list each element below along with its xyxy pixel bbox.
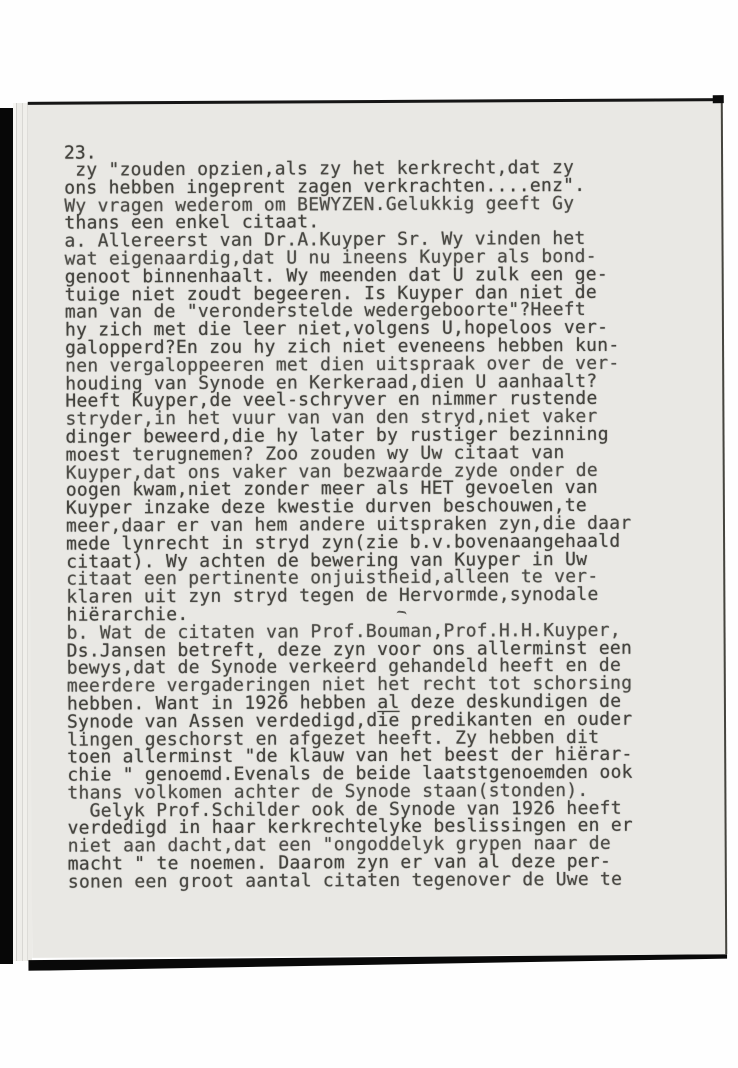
ink-speck xyxy=(396,610,407,618)
text-line: Kuyper,dat ons vaker van bezwaarde zyde … xyxy=(66,461,632,482)
text-line: b. Wat de citaten van Prof.Bouman,Prof.H… xyxy=(67,621,633,642)
text-line: lingen geschorst en afgezet heeft. Zy he… xyxy=(67,728,633,749)
book-spine-shadow xyxy=(0,108,13,964)
text-line: Gelyk Prof.Schilder ook de Synode van 19… xyxy=(67,799,633,820)
text-line: meer,daar er van hem andere uitspraken z… xyxy=(66,515,632,536)
text-line: sonen een groot aantal citaten tegenover… xyxy=(68,871,634,892)
text-line: man van de "veronderstelde wedergeboorte… xyxy=(65,301,631,322)
text-line: niet aan dacht,dat een "ongoddelyk grype… xyxy=(68,835,634,856)
document-page: 23. zy "zouden opzien,als zy het kerkrec… xyxy=(28,98,727,958)
scanned-book-page: 23. zy "zouden opzien,als zy het kerkrec… xyxy=(0,0,738,1068)
body-text: zy "zouden opzien,als zy het kerkrecht,d… xyxy=(64,159,633,892)
text-line: wat eigenaardig,dat U nu ineens Kuyper a… xyxy=(65,248,631,269)
text-line: klaren uit zyn stryd tegen de Hervormde,… xyxy=(66,586,632,607)
text-line: meerdere vergaderingen niet het recht to… xyxy=(67,675,633,696)
text-line: zy "zouden opzien,als zy het kerkrecht,d… xyxy=(64,159,630,180)
text-line: houding van Synode en Kerkeraad,dien U a… xyxy=(65,372,631,393)
text-line: Wy vragen wederom om BEWYZEN.Gelukkig ge… xyxy=(64,194,630,215)
page-corner-mark xyxy=(713,95,724,103)
text-line: stryder,in het vuur van van den stryd,ni… xyxy=(65,408,631,429)
